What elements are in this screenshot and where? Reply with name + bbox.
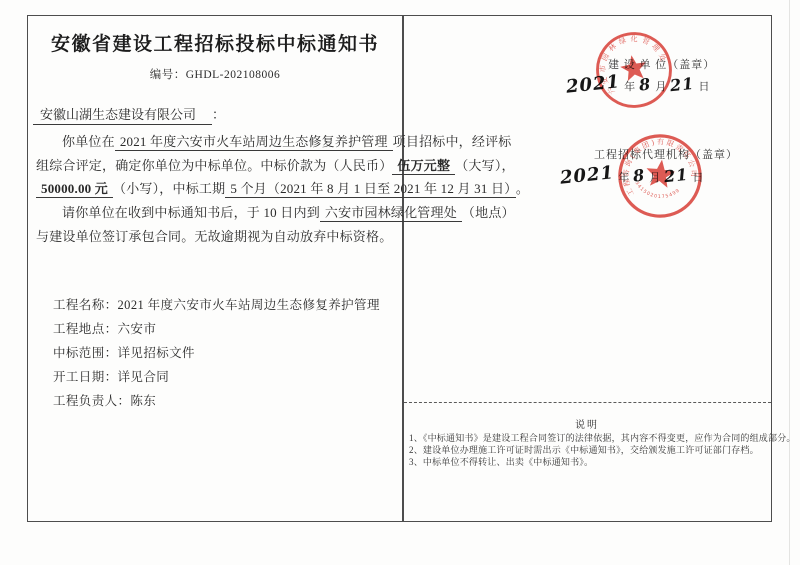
svg-text:3415020175499: 3415020175499 <box>632 180 682 203</box>
doc-number-value: GHDL-202108006 <box>186 69 281 81</box>
owner-red-seal-stamp-icon: 六安市园林绿化管理处 <box>588 18 681 122</box>
seal-star <box>644 158 676 189</box>
note-item: 3、中标单位不得转让、出卖《中标通知书》。 <box>409 455 769 468</box>
duration-underlined: 5 个月（2021 年 8 月 1 日至 2021 年 12 月 31 日） <box>225 181 516 198</box>
body-text: （大写）， <box>455 158 515 173</box>
company-name: 安徽山湖生态建设有限公司 <box>33 107 212 125</box>
body-text: 你单位在 <box>62 134 115 149</box>
salutation: 安徽山湖生态建设有限公司： <box>33 104 225 123</box>
body-line: 你单位在2021 年度六安市火车站周边生态修复养护管理项目招标中，经评标 <box>36 131 426 150</box>
body-line: 50000.00 元（小写），中标工期5 个月（2021 年 8 月 1 日至 … <box>36 178 400 197</box>
scanned-document: 安徽省建设工程招标投标中标通知书 编号：GHDL-202108006 安徽山湖生… <box>0 0 800 565</box>
seal-star <box>619 53 649 82</box>
body-line: 组综合评定，确定你单位为中标单位。中标价款为（人民币）伍万元整（大写）， <box>36 155 400 174</box>
detail-value: 陈东 <box>130 394 156 408</box>
body-text: 组综合评定，确定你单位为中标单位。中标价款为（人民币） <box>36 158 392 173</box>
detail-value: 2021 年度六安市火车站周边生态修复养护管理 <box>118 298 380 312</box>
amount-words-underlined: 伍万元整 <box>392 158 455 175</box>
vertical-divider <box>402 15 404 521</box>
notes-title: 说明 <box>402 416 772 431</box>
page-title: 安徽省建设工程招标投标中标通知书 <box>27 29 403 56</box>
detail-bid-scope: 中标范围：详见招标文件 <box>53 343 195 361</box>
project-name-underlined: 2021 年度六安市火车站周边生态修复养护管理 <box>115 134 393 151</box>
detail-label: 中标范围： <box>53 346 118 360</box>
detail-project-manager: 工程负责人：陈东 <box>53 391 156 409</box>
detail-start-date: 开工日期：详见合同 <box>53 367 169 385</box>
dashed-separator <box>404 402 771 403</box>
detail-value: 详见合同 <box>118 370 170 384</box>
body-line: 请你单位在收到中标通知书后，于 10 日内到六安市园林绿化管理处（地点） <box>36 202 426 221</box>
detail-label: 工程负责人： <box>53 394 130 408</box>
handwritten-year: 2021 <box>559 162 615 189</box>
body-text: 。 <box>516 181 529 196</box>
amount-figures-underlined: 50000.00 元 <box>36 181 113 198</box>
detail-label: 开工日期： <box>53 370 118 384</box>
salutation-colon: ： <box>212 107 225 122</box>
agency-red-seal-stamp-icon: 工程咨询(集团)有限责任公司 3415020175499 <box>612 128 708 224</box>
detail-project-location: 工程地点：六安市 <box>53 319 156 337</box>
detail-label: 工程名称： <box>53 298 118 312</box>
detail-value: 六安市 <box>118 322 157 336</box>
detail-value: 详见招标文件 <box>118 346 195 360</box>
body-text: （地点） <box>462 205 515 220</box>
doc-number-label: 编号： <box>150 69 186 81</box>
body-text: 请你单位在收到中标通知书后，于 10 日内到 <box>62 205 320 220</box>
detail-project-name: 工程名称：2021 年度六安市火车站周边生态修复养护管理 <box>53 295 380 313</box>
body-text: （小写），中标工期 <box>113 181 225 196</box>
day-unit: 日 <box>699 78 710 94</box>
detail-label: 工程地点： <box>53 322 118 336</box>
doc-number: 编号：GHDL-202108006 <box>27 66 403 82</box>
body-text: 项目招标中，经评标 <box>393 134 512 149</box>
paper-edge-line <box>789 0 790 565</box>
body-line: 与建设单位签订承包合同。无故逾期视为自动放弃中标资格。 <box>36 226 400 245</box>
location-underlined: 六安市园林绿化管理处 <box>320 205 462 222</box>
